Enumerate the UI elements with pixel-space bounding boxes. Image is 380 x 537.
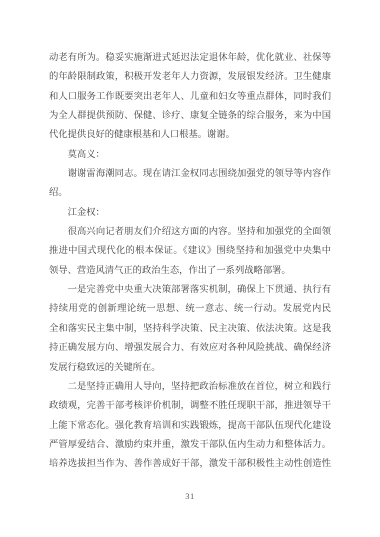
text-line: 很高兴向记者朋友们介绍这方面的内容。坚持和加强党的全面领导是	[49, 223, 331, 242]
text-line: 持续用党的创新理论统一思想、统一意志、统一行动。发展党内民主，健	[49, 300, 331, 319]
text-line: 的年龄限制政策，积极开发老年人力资源，发展银发经济。卫生健康工作	[49, 68, 331, 87]
text-line: 推进中国式现代化的根本保证。《建议》围绕坚持和加强党中央集中统一	[49, 242, 331, 261]
text-line: 代化提供良好的健康根基和人口根基。谢谢。	[49, 126, 331, 145]
text-line: 严管厚爱结合、激励约束并重，激发干部队伍内生动力和整体活力。这是	[49, 436, 331, 455]
text-block: 动老有所为。稳妥实施渐进式延迟法定退休年龄，优化就业、社保等方面的年龄限制政策，…	[49, 49, 331, 475]
text-line: 绍。	[49, 184, 331, 203]
text-line: 谢谢雷海潮同志。现在请江金权同志围绕加强党的领导等内容作介	[49, 165, 331, 184]
text-line: 上能下常态化。强化教育培训和实践锻炼，提高干部队伍现代化建设本领。	[49, 417, 331, 436]
text-line: 江金权：	[49, 204, 331, 223]
text-line: 为全人群提供预防、保健、诊疗、康复全链条的综合服务，来为中国式现	[49, 107, 331, 126]
page-number: 31	[0, 491, 380, 501]
text-line: 一是完善党中央重大决策部署落实机制，确保上下贯通、执行有力。	[49, 281, 331, 300]
text-line: 培养选拔担当作为、善作善成好干部，激发干部积极性主动性创造性的有	[49, 455, 331, 474]
text-line: 发展行稳致远的关键所在。	[49, 359, 331, 378]
text-line: 莫高义：	[49, 146, 331, 165]
text-line: 领导、营造风清气正的政治生态，作出了一系列战略部署。	[49, 262, 331, 281]
text-line: 二是坚持正确用人导向，坚持把政治标准放在首位，树立和践行正确	[49, 378, 331, 397]
text-line: 政绩观，完善干部考核评价机制，调整不胜任现职干部，推进领导干部能	[49, 397, 331, 416]
text-line: 和人口服务工作既要突出老年人、儿童和妇女等重点群体，同时我们也要	[49, 88, 331, 107]
text-line: 全和落实民主集中制，坚持科学决策、民主决策、依法决策。这是我们保	[49, 320, 331, 339]
document-page: 动老有所为。稳妥实施渐进式延迟法定退休年龄，优化就业、社保等方面的年龄限制政策，…	[0, 0, 380, 537]
text-line: 动老有所为。稳妥实施渐进式延迟法定退休年龄，优化就业、社保等方面	[49, 49, 331, 68]
text-line: 持正确发展方向、增强发展合力、有效应对各种风险挑战、确保经济社会	[49, 339, 331, 358]
